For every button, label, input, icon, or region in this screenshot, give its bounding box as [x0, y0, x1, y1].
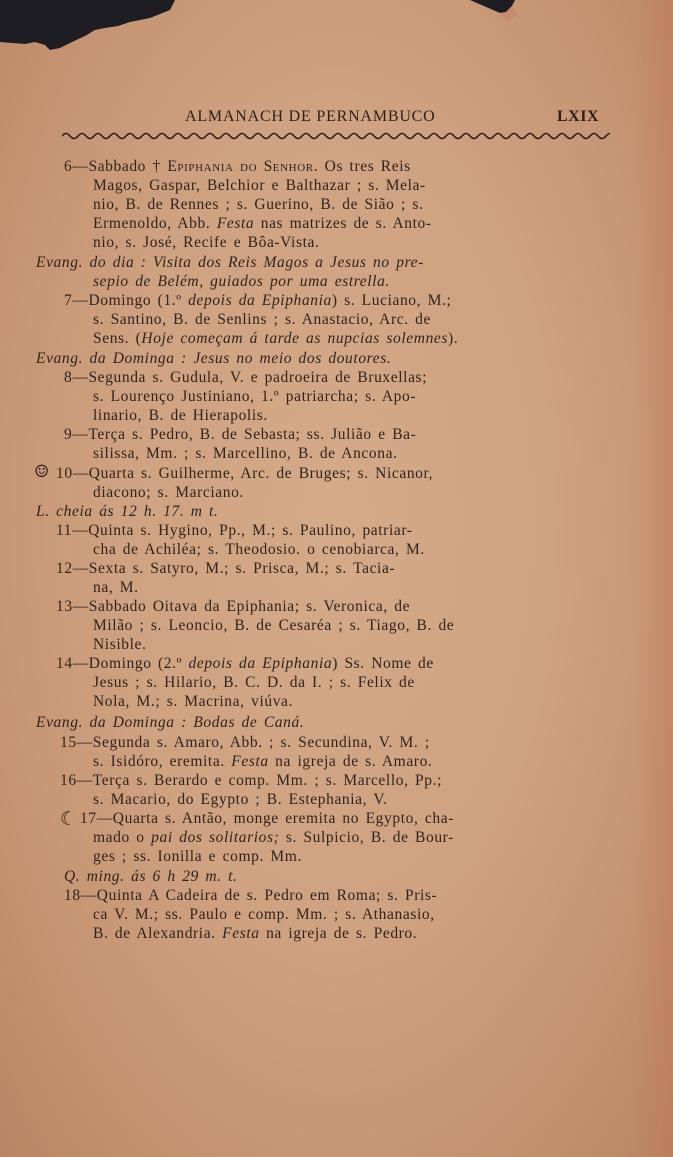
entry-text: B. de Alexandria.: [93, 925, 222, 942]
feast-name: Epiphania do Senhor: [167, 158, 313, 175]
entry-text: ) Ss. Nome de: [332, 655, 434, 672]
entry-text: ) s. Luciano, M.;: [332, 292, 452, 309]
entry-line: 11—Quinta s. Hygino, Pp., M.; s. Paulino…: [56, 522, 413, 540]
entry-line: Magos, Gaspar, Belchior e Balthazar ; s.…: [93, 177, 426, 195]
entry-line: 6—Sabbado † Epiphania do Senhor. Os tres…: [64, 158, 411, 176]
entry-line: s. Lourenço Justiniano, 1.º patriarcha; …: [93, 388, 416, 406]
entry-text: 14—Domingo (2.º: [56, 655, 189, 672]
entry-text: . Os tres Reis: [314, 158, 411, 175]
full-moon-icon: ☺: [34, 462, 49, 482]
last-quarter-moon-icon: ☾: [60, 808, 77, 830]
gospel-line: Evang. do dia : Visita dos Reis Magos a …: [36, 254, 424, 272]
entry-text: nas matrizes de s. Anto-: [254, 215, 431, 232]
entry-line: 13—Sabbado Oitava da Epiphania; s. Veron…: [56, 598, 410, 616]
entry-line: linario, B. de Hierapolis.: [93, 407, 268, 425]
torn-notch-dark-region: [470, 0, 530, 25]
page-number: LXIX: [557, 108, 599, 126]
gospel-note-sunday: Evang. da Dominga : Bodas de Caná.: [36, 714, 304, 732]
entry-text: 7—Domingo (1.º: [64, 292, 188, 309]
entry-italic-text: Hoje começam á tarde as nupcias solemnes: [141, 330, 448, 347]
entry-line: 12—Sexta s. Satyro, M.; s. Prisca, M.; s…: [56, 560, 395, 578]
entry-line: na, M.: [93, 579, 139, 597]
wavy-rule-divider: [62, 130, 610, 142]
page-header: ALMANACH DE PERNAMBUCO LXIX: [0, 108, 673, 148]
torn-corner-dark-region: [0, 0, 175, 55]
entry-line: s. Santino, B. de Senlins ; s. Anastacio…: [93, 311, 431, 329]
entry-line: nio, s. José, Recife e Bôa-Vista.: [93, 234, 319, 252]
entry-line: nio, B. de Rennes ; s. Guerino, B. de Si…: [93, 196, 423, 214]
entry-line: 8—Segunda s. Gudula, V. e padroeira de B…: [64, 369, 427, 387]
entry-day-label: 6—Sabbado †: [64, 158, 167, 175]
festa-label: Festa: [222, 925, 259, 942]
entry-text: mado o: [93, 829, 151, 846]
entry-line: Sens. (Hoje começam á tarde as nupcias s…: [93, 330, 458, 348]
entry-italic-text: pai dos solitarios;: [151, 829, 279, 846]
entry-text: Ermenoldo, Abb.: [93, 215, 217, 232]
entry-line: Nola, M.; s. Macrina, viúva.: [93, 693, 293, 711]
entry-line: Nisible.: [93, 636, 146, 654]
festa-label: Festa: [217, 215, 254, 232]
entry-line: diacono; s. Marciano.: [93, 484, 244, 502]
entry-line: 10—Quarta s. Guilherme, Arc. de Bruges; …: [56, 465, 433, 483]
entry-line: 14—Domingo (2.º depois da Epiphania) Ss.…: [56, 655, 434, 673]
entry-text: ).: [448, 330, 458, 347]
festa-label: Festa: [231, 753, 268, 770]
entry-line: Ermenoldo, Abb. Festa nas matrizes de s.…: [93, 215, 432, 233]
entry-line: mado o pai dos solitarios; s. Sulpicio, …: [93, 829, 454, 847]
gospel-note-sunday: Evang. da Dominga : Jesus no meio dos do…: [36, 350, 391, 368]
entry-text: na igreja de s. Amaro.: [269, 753, 433, 770]
entry-line: 15—Segunda s. Amaro, Abb. ; s. Secundina…: [60, 734, 430, 752]
entry-line: s. Isidóro, eremita. Festa na igreja de …: [93, 753, 432, 771]
entry-line: B. de Alexandria. Festa na igreja de s. …: [93, 925, 417, 943]
entry-line: ges ; ss. Ionilla e comp. Mm.: [93, 848, 302, 866]
entry-line: silissa, Mm. ; s. Marcellino, B. de Anco…: [93, 445, 398, 463]
entry-line: cha de Achiléa; s. Theodosio. o cenobiar…: [93, 541, 425, 559]
entry-line: s. Macario, do Egypto ; B. Estephania, V…: [93, 791, 388, 809]
paper-right-edge-shading: [633, 0, 673, 1157]
gospel-line: sepio de Belém, guiados por uma estrella…: [93, 273, 390, 291]
entry-text: s. Sulpicio, B. de Bour-: [279, 829, 454, 846]
entry-line: 18—Quinta A Cadeira de s. Pedro em Roma;…: [64, 887, 437, 905]
entry-line: ca V. M.; ss. Paulo e comp. Mm. ; s. Ath…: [93, 906, 435, 924]
entry-italic-text: depois da Epiphania: [189, 655, 333, 672]
running-title: ALMANACH DE PERNAMBUCO: [185, 108, 436, 126]
moon-phase-last-quarter: Q. ming. ás 6 h 29 m. t.: [64, 868, 238, 886]
entry-line: 7—Domingo (1.º depois da Epiphania) s. L…: [64, 292, 451, 310]
entry-text: Sens. (: [93, 330, 141, 347]
entry-line: 17—Quarta s. Antão, monge eremita no Egy…: [80, 810, 454, 828]
entry-line: Jesus ; s. Hilario, B. C. D. da I. ; s. …: [93, 674, 415, 692]
entry-italic-text: depois da Epiphania: [188, 292, 332, 309]
entry-text: s. Isidóro, eremita.: [93, 753, 231, 770]
entry-line: Milão ; s. Leoncio, B. de Cesaréa ; s. T…: [93, 617, 454, 635]
entry-line: 9—Terça s. Pedro, B. de Sebasta; ss. Jul…: [64, 426, 416, 444]
moon-phase-full: L. cheia ás 12 h. 17. m t.: [36, 503, 218, 521]
entry-text: na igreja de s. Pedro.: [260, 925, 418, 942]
entry-line: 16—Terça s. Berardo e comp. Mm. ; s. Mar…: [60, 772, 442, 790]
